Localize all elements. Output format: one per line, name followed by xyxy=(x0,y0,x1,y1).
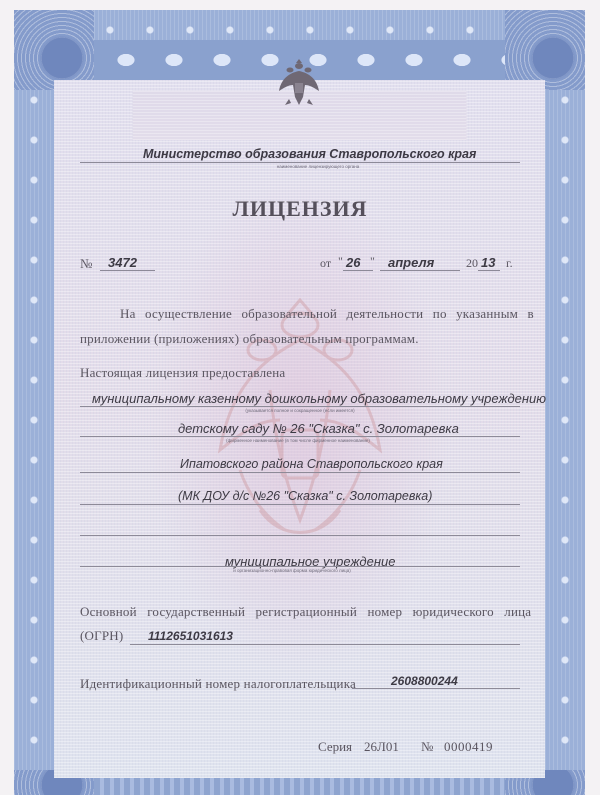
form-number-label: № xyxy=(421,739,433,755)
coat-of-arms-icon xyxy=(277,57,321,111)
issuing-authority-caption: наименование лицензирующего органа xyxy=(277,164,359,169)
date-year-underline xyxy=(478,270,500,271)
date-quote-open: " xyxy=(338,254,343,269)
licensee-blank-underline xyxy=(80,535,520,536)
legal-form-underline xyxy=(80,566,520,567)
border-right xyxy=(545,80,585,780)
licensee-caption-2: (фирменное наименование (в том числе фир… xyxy=(226,438,370,443)
licensee-line-4-underline xyxy=(80,504,520,505)
number-label: № xyxy=(80,256,92,272)
border-bottom xyxy=(54,778,545,795)
purpose-line-1: На осуществление образовательной деятель… xyxy=(120,306,534,322)
license-number: 3472 xyxy=(108,255,137,270)
licensee-line-4: (МК ДОУ д/с №26 "Сказка" с. Золотаревка) xyxy=(178,489,432,503)
granted-to-label: Настоящая лицензия предоставлена xyxy=(80,365,285,381)
series-value: 26Л01 xyxy=(364,739,399,755)
inn-label: Идентификационный номер налогоплательщик… xyxy=(80,676,356,692)
series-label: Серия xyxy=(318,739,352,755)
inn-underline xyxy=(352,688,520,689)
date-quote-close: " xyxy=(370,254,375,269)
inn-value: 2608800244 xyxy=(391,674,458,688)
date-day-underline xyxy=(343,270,373,271)
date-day: 26 xyxy=(346,255,360,270)
border-left xyxy=(14,80,54,780)
purpose-line-2: приложении (приложениях) образовательным… xyxy=(80,331,419,347)
date-month-underline xyxy=(380,270,460,271)
licensee-line-3-underline xyxy=(80,472,520,473)
date-month: апреля xyxy=(388,255,434,270)
legal-form-caption: и организационно-правовая форма юридичес… xyxy=(233,568,350,573)
ogrn-underline xyxy=(130,644,520,645)
licensee-caption-1: (указывается полное и сокращенное (если … xyxy=(245,408,354,413)
date-year-suffix: 13 xyxy=(481,255,495,270)
form-number-value: 0000419 xyxy=(444,739,493,755)
ogrn-label-line-1: Основной государственный регистрационный… xyxy=(80,604,531,620)
date-year-prefix: 20 xyxy=(466,256,478,271)
corner-ornament-top-right xyxy=(505,10,585,90)
issuing-authority-underline xyxy=(80,162,520,163)
border-top xyxy=(90,10,510,40)
ogrn-label-line-2: (ОГРН) xyxy=(80,628,123,644)
ogrn-value: 1112651031613 xyxy=(148,629,233,643)
date-year-unit: г. xyxy=(506,256,513,271)
document-title: ЛИЦЕНЗИЯ xyxy=(0,196,600,222)
licensee-line-2-underline xyxy=(80,436,520,437)
date-prefix: от xyxy=(320,256,331,271)
licensee-line-1-underline xyxy=(80,406,520,407)
licensee-line-2: детскому саду № 26 "Сказка" с. Золотарев… xyxy=(178,421,459,436)
licensee-line-1: муниципальному казенному дошкольному обр… xyxy=(92,391,546,406)
licensee-line-3: Ипатовского района Ставропольского края xyxy=(180,457,443,471)
issuing-authority: Министерство образования Ставропольского… xyxy=(143,147,476,161)
number-underline xyxy=(100,270,155,271)
corner-ornament-top-left xyxy=(14,10,94,90)
